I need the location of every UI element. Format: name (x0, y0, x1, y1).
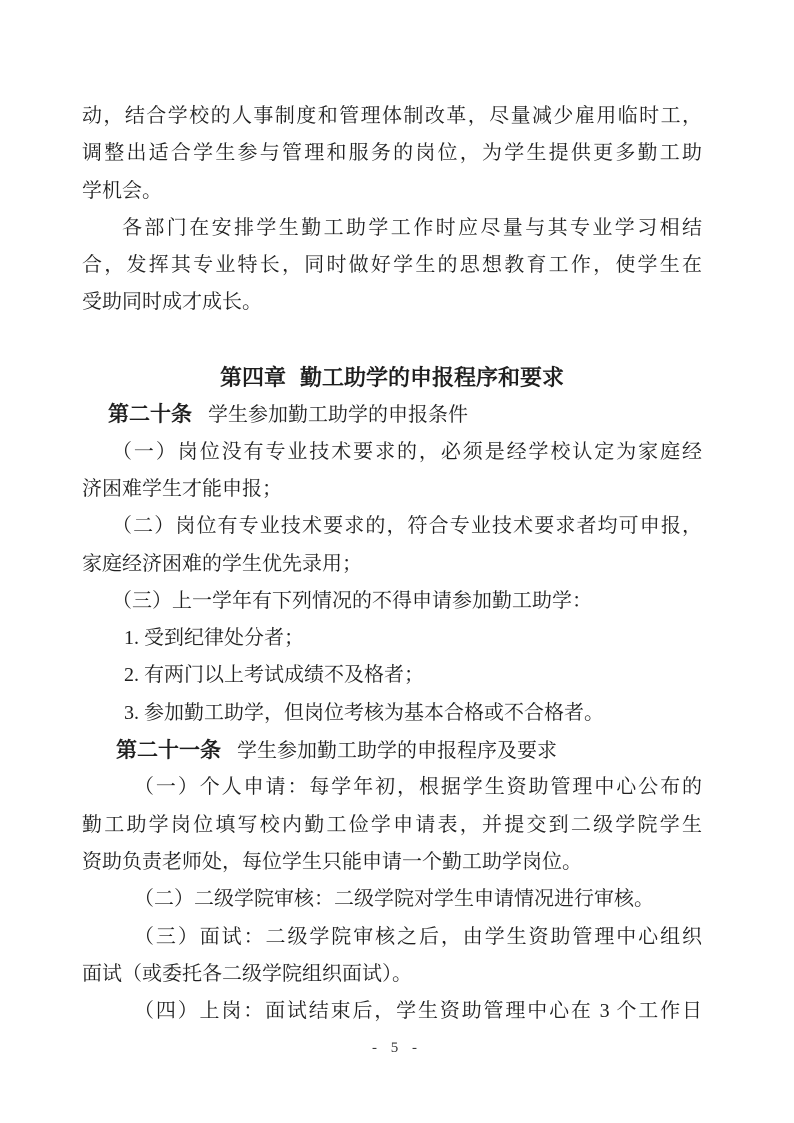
list-item-line: 1. 受到纪律处分者； (82, 620, 702, 657)
chapter-heading: 第四章勤工助学的申报程序和要求 (82, 359, 702, 396)
blank-line (82, 322, 702, 359)
list-item-line: 3. 参加勤工助学，但岗位考核为基本合格或不合格者。 (82, 695, 702, 732)
clause-line: 家庭经济困难的学生优先录用； (82, 546, 702, 583)
article-21-label: 第二十一条 (116, 738, 221, 762)
article-20-title: 学生参加勤工助学的申报条件 (208, 404, 468, 426)
clause-line: 面试（或委托各二级学院组织面试）。 (82, 956, 702, 993)
paragraph-line: 各部门在安排学生勤工助学工作时应尽量与其专业学习相结 (82, 210, 702, 247)
article-21-title: 学生参加勤工助学的申报程序及要求 (237, 740, 557, 762)
paragraph-line: 调整出适合学生参与管理和服务的岗位，为学生提供更多勤工助 (82, 135, 702, 172)
clause-line: （一）岗位没有专业技术要求的，必须是经学校认定为家庭经 (82, 434, 702, 471)
clause-line: （三）上一学年有下列情况的不得申请参加勤工助学： (82, 583, 702, 620)
article-20-heading: 第二十条学生参加勤工助学的申报条件 (82, 396, 702, 433)
clause-line: （一）个人申请：每学年初，根据学生资助管理中心公布的 (82, 769, 702, 806)
article-21-heading: 第二十一条学生参加勤工助学的申报程序及要求 (82, 732, 702, 769)
chapter-number: 第四章 (220, 365, 286, 390)
article-20-label: 第二十条 (108, 402, 192, 426)
paragraph-line: 学机会。 (82, 173, 702, 210)
paragraph-line: 动，结合学校的人事制度和管理体制改革，尽量减少雇用临时工， (82, 98, 702, 135)
paragraph-line: 受助同时成才成长。 (82, 284, 702, 321)
clause-line: 济困难学生才能申报； (82, 471, 702, 508)
chapter-title: 勤工助学的申报程序和要求 (300, 365, 564, 390)
document-text: 动，结合学校的人事制度和管理体制改革，尽量减少雇用临时工， 调整出适合学生参与管… (82, 98, 702, 1030)
clause-line: 勤工助学岗位填写校内勤工俭学申请表，并提交到二级学院学生 (82, 807, 702, 844)
clause-line: （二）二级学院审核：二级学院对学生申请情况进行审核。 (82, 881, 702, 918)
clause-line: （二）岗位有专业技术要求的，符合专业技术要求者均可申报， (82, 508, 702, 545)
document-page: 动，结合学校的人事制度和管理体制改革，尽量减少雇用临时工， 调整出适合学生参与管… (0, 0, 794, 1123)
paragraph-line: 合，发挥其专业特长，同时做好学生的思想教育工作，使学生在 (82, 247, 702, 284)
list-item-line: 2. 有两门以上考试成绩不及格者； (82, 657, 702, 694)
clause-line: （四）上岗：面试结束后，学生资助管理中心在 3 个工作日 (82, 993, 702, 1030)
page-number: - 5 - (0, 1040, 794, 1057)
clause-line: 资助负责老师处，每位学生只能申请一个勤工助学岗位。 (82, 844, 702, 881)
clause-line: （三）面试：二级学院审核之后，由学生资助管理中心组织 (82, 919, 702, 956)
